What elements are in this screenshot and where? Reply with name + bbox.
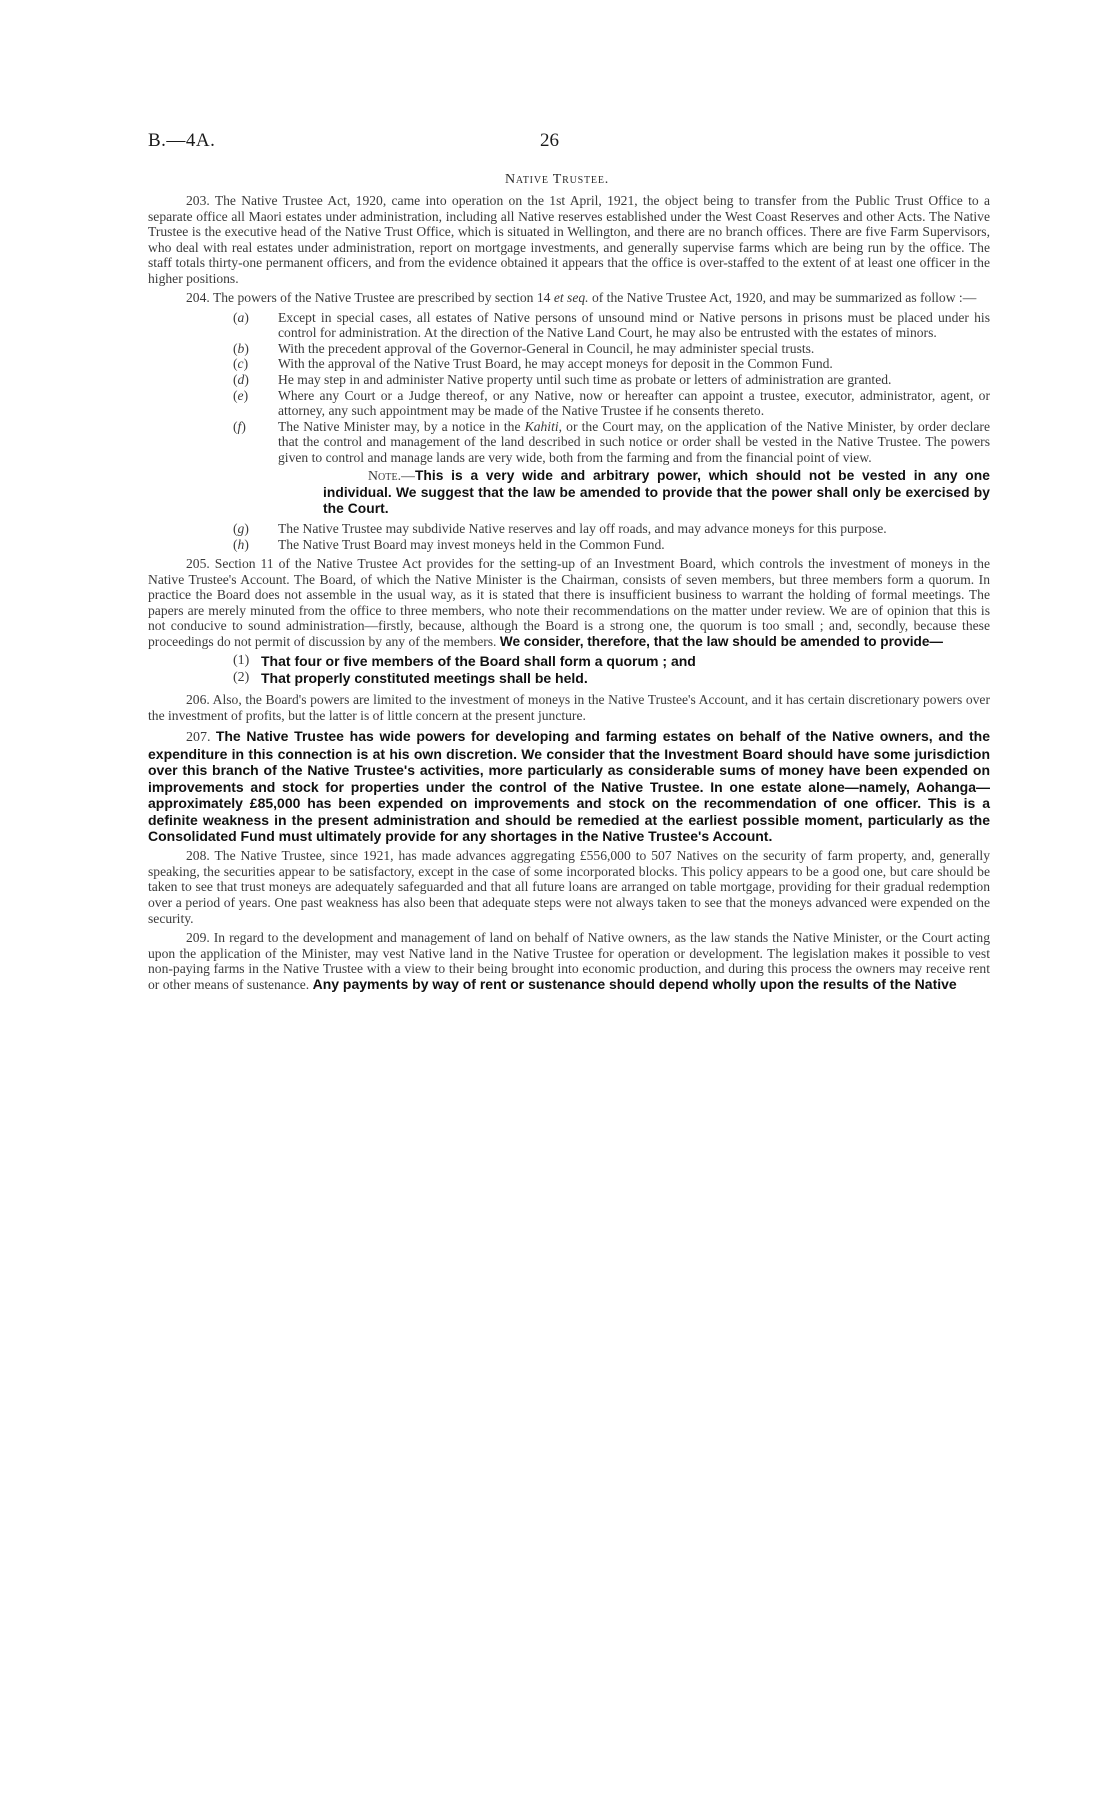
recommendation-label: (1)	[233, 653, 249, 670]
note-label: Note.—	[368, 468, 415, 483]
list-item-text: The Native Trustee may subdivide Native …	[278, 521, 887, 536]
list-item-text: Where any Court or a Judge thereof, or a…	[278, 388, 990, 419]
powers-list: (a)Except in special cases, all estates …	[233, 310, 990, 552]
list-item-e: (e)Where any Court or a Judge thereof, o…	[233, 388, 990, 419]
list-item-text: With the precedent approval of the Gover…	[278, 341, 814, 356]
paragraph-204-text: 204. The powers of the Native Trustee ar…	[186, 290, 554, 305]
list-label: (h)	[233, 537, 249, 553]
paragraph-208: 208. The Native Trustee, since 1921, has…	[148, 848, 990, 926]
recommendation-text: That four or five members of the Board s…	[261, 653, 696, 669]
list-label: (a)	[233, 310, 249, 326]
list-item-text: The Native Trust Board may invest moneys…	[278, 537, 665, 552]
list-item-a: (a)Except in special cases, all estates …	[233, 310, 990, 341]
paragraph-204-text-end: of the Native Trustee Act, 1920, and may…	[589, 290, 977, 305]
page-number: 26	[540, 130, 559, 152]
paragraph-203: 203. The Native Trustee Act, 1920, came …	[148, 193, 990, 286]
list-label: (e)	[233, 388, 248, 404]
paragraph-207: 207. The Native Trustee has wide powers …	[148, 728, 990, 845]
recommendations-list: (1)That four or five members of the Boar…	[233, 653, 990, 686]
section-title: Native Trustee.	[0, 172, 1114, 188]
page-reference: B.—4A.	[148, 130, 215, 152]
paragraph-205-recommendation: We consider, therefore, that the law sho…	[500, 634, 943, 649]
list-label: (b)	[233, 341, 249, 357]
document-body: 203. The Native Trustee Act, 1920, came …	[148, 193, 990, 996]
list-item-text: Except in special cases, all estates of …	[278, 310, 990, 341]
recommendation-text: That properly constituted meetings shall…	[261, 670, 588, 686]
list-item-text: The Native Minister may, by a notice in …	[278, 419, 525, 434]
list-label: (g)	[233, 521, 249, 537]
paragraph-207-number: 207.	[186, 730, 216, 745]
list-label: (c)	[233, 356, 248, 372]
recommendation-label: (2)	[233, 670, 249, 687]
list-item-d: (d)He may step in and administer Native …	[233, 372, 990, 388]
list-item-text: He may step in and administer Native pro…	[278, 372, 891, 387]
paragraph-207-text: The Native Trustee has wide powers for d…	[148, 728, 990, 844]
recommendation-item: (2)That properly constituted meetings sh…	[233, 670, 990, 687]
paragraph-204-italic: et seq.	[554, 290, 589, 305]
list-item-h: (h)The Native Trust Board may invest mon…	[233, 537, 990, 553]
list-item-c: (c)With the approval of the Native Trust…	[233, 356, 990, 372]
paragraph-204-intro: 204. The powers of the Native Trustee ar…	[148, 290, 990, 306]
list-item-text: With the approval of the Native Trust Bo…	[278, 356, 833, 371]
list-item-b: (b)With the precedent approval of the Go…	[233, 341, 990, 357]
note-text: This is a very wide and arbitrary power,…	[323, 468, 990, 516]
paragraph-209: 209. In regard to the development and ma…	[148, 930, 990, 992]
paragraph-206: 206. Also, the Board's powers are limite…	[148, 692, 990, 723]
list-item-f: (f)The Native Minister may, by a notice …	[233, 419, 990, 518]
list-label: (d)	[233, 372, 249, 388]
paragraph-205: 205. Section 11 of the Native Trustee Ac…	[148, 556, 990, 649]
kahiti-italic: Kahiti	[525, 419, 559, 434]
list-item-g: (g)The Native Trustee may subdivide Nati…	[233, 521, 990, 537]
recommendation-item: (1)That four or five members of the Boar…	[233, 653, 990, 670]
note: Note.—This is a very wide and arbitrary …	[323, 468, 990, 518]
paragraph-209-bold: Any payments by way of rent or sustenanc…	[313, 976, 957, 992]
list-label: (f)	[233, 419, 246, 435]
